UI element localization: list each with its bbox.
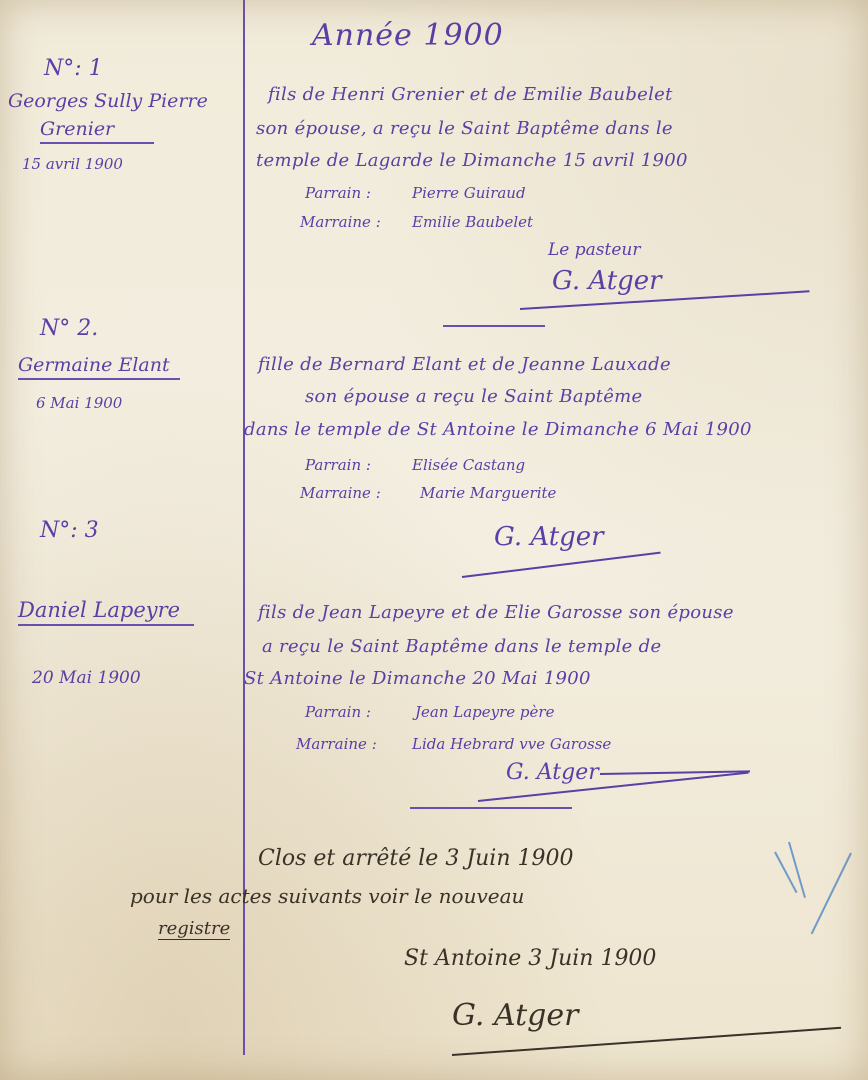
check-stroke (788, 842, 806, 898)
godfather-name: Pierre Guiraud (412, 184, 526, 202)
entry-text-line: son épouse, a reçu le Saint Baptême dans… (256, 118, 673, 139)
godmother-label: Marraine : (296, 735, 377, 753)
godmother-name: Lida Hebrard vve Garosse (412, 735, 611, 753)
closing-signature: G. Atger (452, 998, 578, 1033)
godmother-label: Marraine : (300, 484, 381, 502)
pastor-signature: G. Atger (552, 266, 662, 296)
closing-line: registre (158, 918, 230, 940)
entry-text-line: son épouse a reçu le Saint Baptême (305, 386, 643, 407)
closing-line: Clos et arrêté le 3 Juin 1900 (258, 846, 574, 871)
godfather-label: Parrain : (305, 184, 371, 202)
godfather-label: Parrain : (305, 703, 371, 721)
child-name-line1: Daniel Lapeyre (18, 598, 194, 626)
entry-date: 6 Mai 1900 (36, 394, 122, 412)
godmother-name: Emilie Baubelet (412, 213, 533, 231)
entry-text-line: a reçu le Saint Baptême dans le temple d… (262, 636, 661, 657)
entry-separator (410, 807, 572, 809)
entry-number: N°: 3 (40, 518, 99, 543)
page-title: Année 1900 (312, 18, 504, 53)
entry-number: N° 2. (40, 316, 98, 341)
pastor-signature: G. Atger (506, 760, 599, 785)
entry-date: 15 avril 1900 (22, 155, 123, 173)
entry-text-line: dans le temple de St Antoine le Dimanche… (244, 419, 752, 440)
entry-separator (443, 325, 545, 327)
godmother-name: Marie Marguerite (420, 484, 556, 502)
entry-text-line: temple de Lagarde le Dimanche 15 avril 1… (256, 150, 688, 171)
closing-line: pour les actes suivants voir le nouveau (130, 884, 524, 908)
godfather-name: Jean Lapeyre père (415, 703, 554, 721)
entry-text-line: fille de Bernard Elant et de Jeanne Laux… (258, 354, 671, 375)
child-name-line2: Grenier (40, 118, 154, 144)
closing-place-date: St Antoine 3 Juin 1900 (404, 946, 656, 971)
pastor-signature: G. Atger (494, 522, 604, 552)
entry-date: 20 Mai 1900 (32, 668, 141, 688)
entry-number: N°: 1 (44, 56, 103, 81)
child-name-line1: Georges Sully Pierre (8, 90, 208, 112)
register-page: Année 1900 N°: 1 Georges Sully Pierre Gr… (0, 0, 868, 1080)
check-stroke (811, 853, 852, 935)
godmother-label: Marraine : (300, 213, 381, 231)
entry-text-line: St Antoine le Dimanche 20 Mai 1900 (244, 668, 591, 689)
godfather-label: Parrain : (305, 456, 371, 474)
child-name-line1: Germaine Elant (18, 354, 180, 380)
signature-flourish (462, 552, 661, 578)
entry-text-line: fils de Jean Lapeyre et de Elie Garosse … (258, 602, 734, 623)
pastor-label: Le pasteur (548, 240, 640, 260)
godfather-name: Elisée Castang (412, 456, 525, 474)
entry-text-line: fils de Henri Grenier et de Emilie Baube… (268, 84, 673, 105)
